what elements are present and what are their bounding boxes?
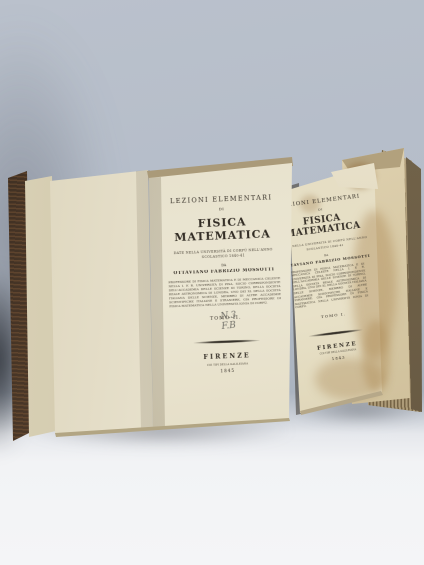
left-di: DI xyxy=(152,205,292,214)
left-main-title: FISICA MATEMATICA xyxy=(152,214,293,245)
right-swelled-rule xyxy=(309,328,363,338)
left-author-affiliations: PROFESSORE DI FISICA MATEMATICA E DI MEC… xyxy=(168,277,281,309)
right-author-affiliations: PROFESSORE DI FISICA MATEMATICA E DI MEC… xyxy=(291,262,369,310)
right-volume-number: TOMO I. xyxy=(289,307,377,323)
pencil-inventory-note: N.3 F.B xyxy=(220,308,262,332)
left-title-page-text: LEZIONI ELEMENTARI DI FISICA MATEMATICA … xyxy=(150,165,298,376)
left-series-title: LEZIONI ELEMENTARI xyxy=(151,193,291,206)
photo-of-antique-books: LEZIONI ELEMENTARI DI FISICA MATEMATICA … xyxy=(0,0,424,565)
left-swelled-rule xyxy=(194,339,260,345)
